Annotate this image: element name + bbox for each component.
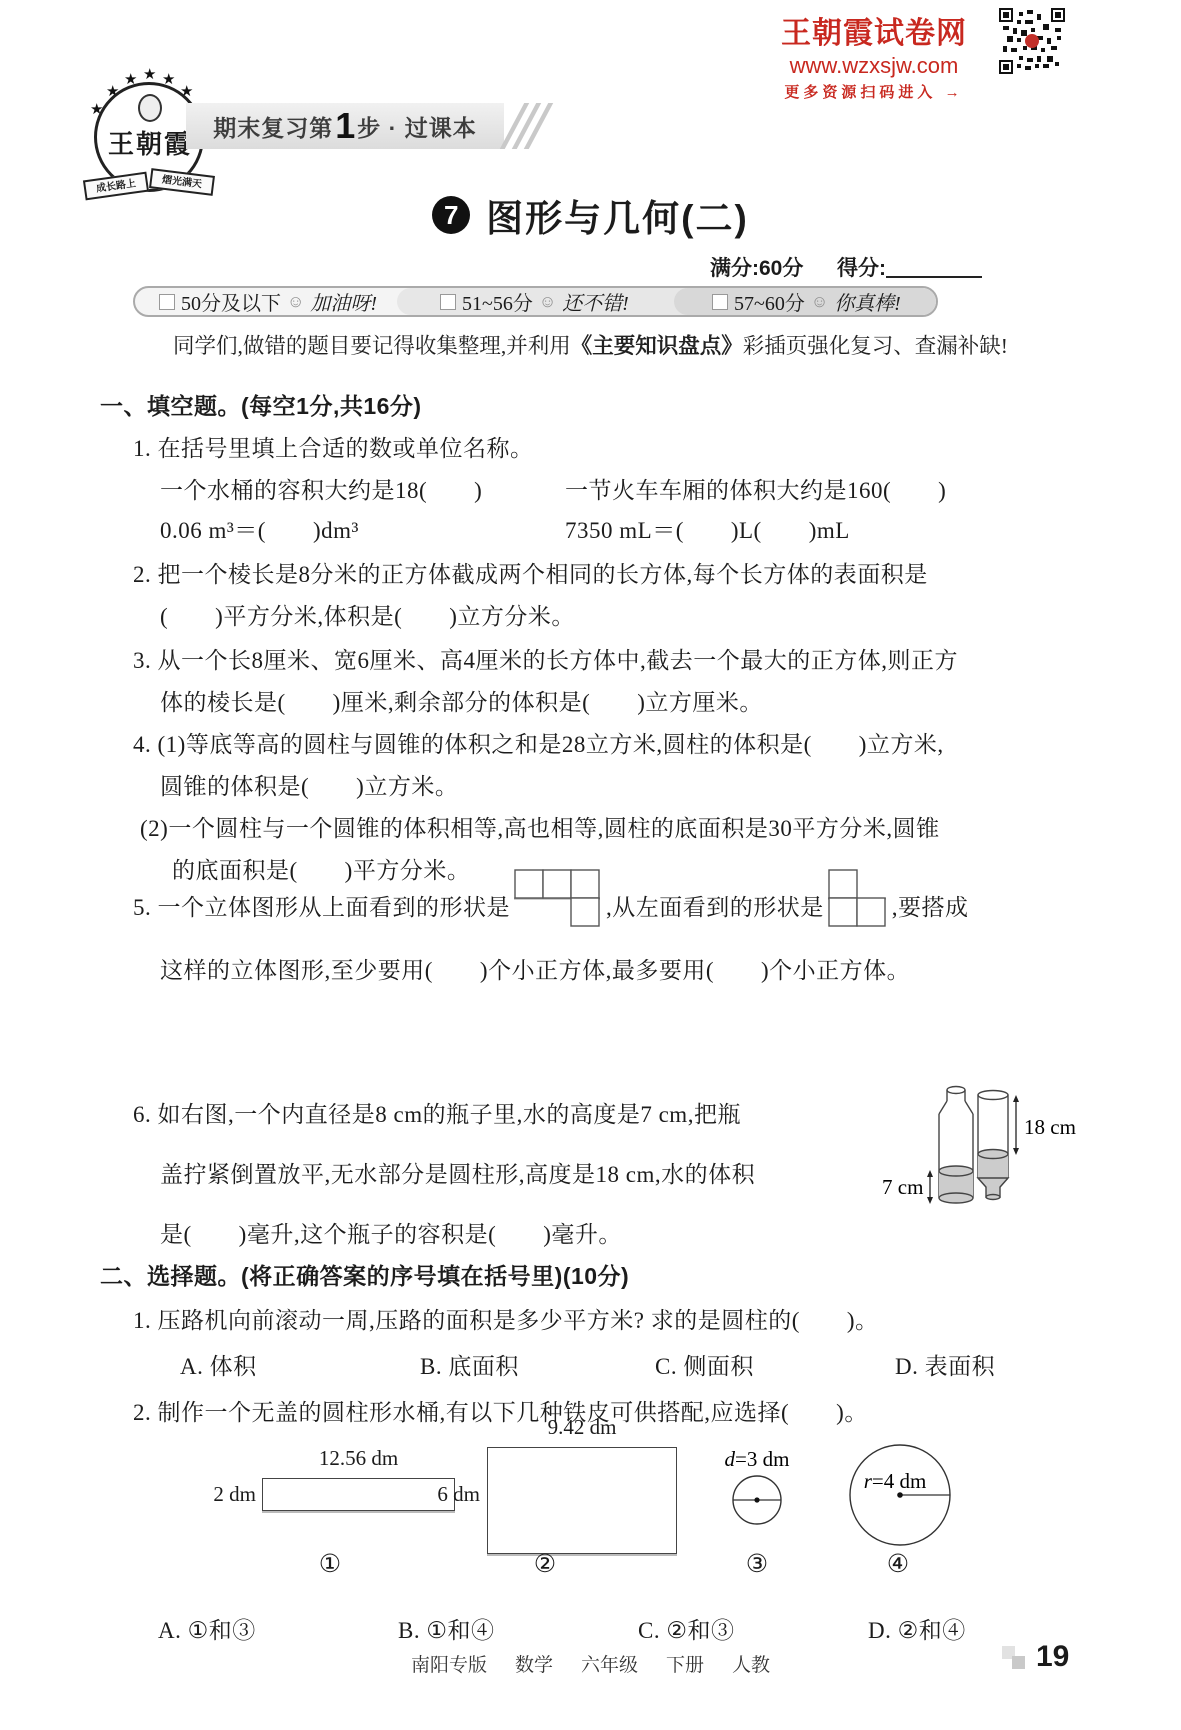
circle3-rest: =3 dm (735, 1447, 789, 1471)
shape1-number: ① (300, 1549, 360, 1579)
fill-q1-item4: 7350 mL＝( )L( )mL (565, 512, 850, 545)
circle3-shape: d=3 dm (697, 1440, 817, 1535)
fill-q4-line1: 4. (1)等底等高的圆柱与圆锥的体积之和是28立方米,圆柱的体积是( )立方米… (133, 726, 944, 759)
brand-site-url: www.wzxsjw.com (755, 53, 993, 79)
fill-q2-line2: ( )平方分米,体积是( )立方分米。 (160, 598, 575, 631)
brand-site-name: 王朝霞试卷网 (755, 8, 993, 52)
choice-q2-option-c: C. ②和③ (638, 1612, 734, 1645)
choice-q2-option-a: A. ①和③ (158, 1612, 256, 1645)
paper-title: 图形与几何(二) (486, 188, 749, 242)
paper-title-row: 7 图形与几何(二) (0, 188, 1181, 242)
choice-q2-option-b: B. ①和④ (398, 1612, 494, 1645)
fill-q5-part3: ,要搭成 (892, 889, 969, 922)
footer-item: 南阳专版 (411, 1650, 487, 1677)
review-step-banner: 期末复习第 1 步 · 过课本 (186, 103, 504, 149)
rect1-height-label: 2 dm (200, 1482, 256, 1507)
fill-q3-line2: 体的棱长是( )厘米,剩余部分的体积是( )立方厘米。 (160, 684, 763, 717)
fill-q1-item3: 0.06 m³＝( )dm³ (160, 512, 359, 545)
rating-range-2: 51~56分 (462, 287, 533, 316)
bottle-diagram: 7 cm 18 cm (868, 1082, 1128, 1232)
fill-q6-line2: 盖拧紧倒置放平,无水部分是圆柱形,高度是18 cm,水的体积 (160, 1156, 755, 1189)
fill-q6-line1: 6. 如右图,一个内直径是8 cm的瓶子里,水的高度是7 cm,把瓶 (133, 1096, 741, 1129)
emoji-cheer-icon: ☺ (287, 292, 304, 312)
fill-q6-line3: 是( )毫升,这个瓶子的容积是( )毫升。 (160, 1216, 622, 1249)
banner-prefix: 期末复习第 (213, 110, 333, 143)
choice-q1-stem: 1. 压路机向前滚动一周,压路的面积是多少平方米? 求的是圆柱的( )。 (133, 1302, 879, 1335)
score-line: 满分:60分 得分: (710, 252, 982, 282)
rating-range-3: 57~60分 (734, 287, 805, 316)
choice-q1-option-a: A. 体积 (180, 1348, 257, 1381)
shape3-number: ③ (727, 1549, 787, 1579)
brand-block: 王朝霞试卷网 www.wzxsjw.com 更多资源扫码进入 → (755, 8, 993, 102)
rect1-shape (262, 1478, 455, 1511)
left-view-shape-diagram (828, 869, 888, 929)
circle3-var: d (725, 1447, 736, 1471)
choice-q2-option-d: D. ②和④ (868, 1612, 966, 1645)
fill-q2-line1: 2. 把一个棱长是8分米的正方体截成两个相同的长方体,每个长方体的表面积是 (133, 556, 928, 589)
rating-checkbox-1[interactable] (159, 294, 175, 310)
choice-q1-option-d: D. 表面积 (895, 1348, 995, 1381)
brand-scan-hint: 更多资源扫码进入 → (755, 81, 993, 102)
rating-group-1: 50分及以下 ☺ 加油呀! (159, 288, 377, 315)
qr-code-icon (999, 8, 1065, 74)
notice-book-title: 《主要知识盘点》 (571, 334, 743, 358)
fill-q5-part2: ,从左面看到的形状是 (606, 889, 824, 922)
worksheet-page: 王朝霞试卷网 www.wzxsjw.com 更多资源扫码进入 → ★ ★ ★ ★ (0, 0, 1181, 1730)
portrait-avatar (138, 94, 162, 122)
choice-q1-option-c: C. 侧面积 (655, 1348, 754, 1381)
rating-checkbox-2[interactable] (440, 294, 456, 310)
section2-heading: 二、选择题。(将正确答案的序号填在括号里)(10分) (100, 1258, 629, 1291)
unit-number-badge: 7 (432, 196, 470, 234)
fill-q4-line2: 圆锥的体积是( )立方米。 (160, 768, 458, 801)
fill-q1-item1: 一个水桶的容积大约是18( ) (160, 472, 482, 505)
shape2-number: ② (515, 1549, 575, 1579)
fill-q5-part1: 5. 一个立体图形从上面看到的形状是 (133, 889, 510, 922)
svg-text:d=3 dm: d=3 dm (725, 1447, 790, 1471)
section1-heading: 一、填空题。(每空1分,共16分) (100, 388, 422, 421)
notice-post: 彩插页强化复习、查漏补缺! (743, 334, 1008, 358)
fill-q4-line3: (2)一个圆柱与一个圆锥的体积相等,高也相等,圆柱的底面积是30平方分米,圆锥 (140, 810, 940, 843)
rating-checkbox-3[interactable] (712, 294, 728, 310)
fill-q5-line2: 这样的立体图形,至少要用( )个小正方体,最多要用( )个小正方体。 (160, 952, 910, 985)
rating-group-2: 51~56分 ☺ 还不错! (440, 288, 629, 315)
rating-group-3: 57~60分 ☺ 你真棒! (712, 288, 901, 315)
rect2-width-label: 9.42 dm (487, 1415, 677, 1440)
shape4-number: ④ (868, 1549, 928, 1579)
fill-q1-item2: 一节火车车厢的体积大约是160( ) (565, 472, 946, 505)
rating-range-1: 50分及以下 (181, 287, 281, 316)
rect2-height-label: 6 dm (428, 1482, 480, 1507)
score-blank-line (886, 258, 982, 278)
notice-pre: 同学们,做错的题目要记得收集整理,并利用 (173, 334, 571, 358)
rect1-width-label: 12.56 dm (262, 1446, 455, 1471)
full-score-label: 满分:60分 (710, 257, 803, 280)
top-view-shape-diagram (514, 869, 602, 929)
emoji-ok-icon: ☺ (539, 292, 556, 312)
rect2-shape (487, 1447, 677, 1554)
rating-comment-3: 你真棒! (834, 287, 901, 316)
circle4-rest: =4 dm (872, 1469, 926, 1493)
notice-line: 同学们,做错的题目要记得收集整理,并利用《主要知识盘点》彩插页强化复习、查漏补缺… (0, 329, 1181, 360)
footer-item: 人教 (732, 1650, 770, 1677)
rating-comment-1: 加油呀! (310, 287, 377, 316)
banner-suffix: 步 · 过课本 (357, 110, 476, 143)
footer-item: 下册 (666, 1650, 704, 1677)
fill-q5-line1: 5. 一个立体图形从上面看到的形状是 ,从左面看到的形状是 ,要搭成 (133, 877, 969, 933)
circle4-shape: r=4 dm (843, 1438, 963, 1550)
score-label: 得分: (837, 257, 886, 280)
choice-q1-option-b: B. 底面积 (420, 1348, 519, 1381)
page-number: 19 (1036, 1640, 1069, 1674)
rating-comment-2: 还不错! (562, 287, 629, 316)
footer-item: 数学 (515, 1650, 553, 1677)
svg-text:r=4 dm: r=4 dm (864, 1469, 927, 1493)
banner-step-number: 1 (335, 105, 355, 147)
air-height-label: 18 cm (1024, 1115, 1076, 1139)
rating-bar: 50分及以下 ☺ 加油呀! 51~56分 ☺ 还不错! 57~60分 ☺ 你真棒… (133, 286, 938, 317)
page-number-decoration (1012, 1656, 1025, 1669)
emoji-great-icon: ☺ (811, 292, 828, 312)
water-height-label: 7 cm (882, 1175, 923, 1199)
fill-q1-stem: 1. 在括号里填上合适的数或单位名称。 (133, 430, 534, 463)
footer-item: 六年级 (581, 1650, 638, 1677)
fill-q3-line1: 3. 从一个长8厘米、宽6厘米、高4厘米的长方体中,截去一个最大的正方体,则正方 (133, 642, 958, 675)
